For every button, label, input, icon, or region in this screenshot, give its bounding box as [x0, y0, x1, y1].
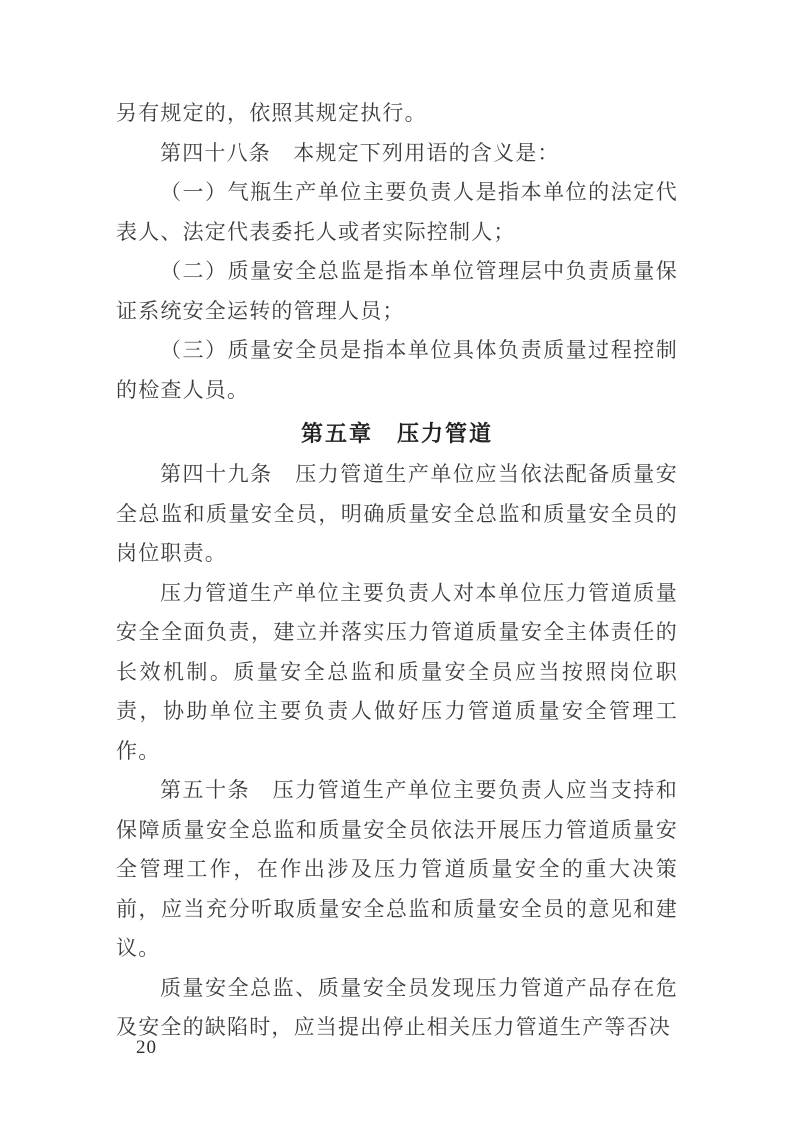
- page-number: 20: [136, 1037, 157, 1059]
- paragraph-continuation: 另有规定的，依照其规定执行。: [116, 94, 678, 134]
- paragraph-article-48: 第四十八条 本规定下列用语的含义是：: [116, 134, 678, 174]
- paragraph-article-50-2: 质量安全总监、质量安全员发现压力管道产品存在危及安全的缺陷时，应当提出停止相关压…: [116, 969, 678, 1048]
- paragraph-item-3: （三）质量安全员是指本单位具体负责质量过程控制的检查人员。: [116, 331, 678, 410]
- paragraph-article-49-2: 压力管道生产单位主要负责人对本单位压力管道质量安全全面负责，建立并落实压力管道质…: [116, 574, 678, 772]
- document-page: 另有规定的，依照其规定执行。 第四十八条 本规定下列用语的含义是： （一）气瓶生…: [0, 0, 793, 1122]
- paragraph-item-2: （二）质量安全总监是指本单位管理层中负责质量保证系统安全运转的管理人员；: [116, 252, 678, 331]
- paragraph-article-50: 第五十条 压力管道生产单位主要负责人应当支持和保障质量安全总监和质量安全员依法开…: [116, 771, 678, 969]
- paragraph-item-1: （一）气瓶生产单位主要负责人是指本单位的法定代表人、法定代表委托人或者实际控制人…: [116, 173, 678, 252]
- chapter-heading: 第五章 压力管道: [116, 417, 678, 451]
- document-body: 另有规定的，依照其规定执行。 第四十八条 本规定下列用语的含义是： （一）气瓶生…: [116, 94, 678, 1048]
- paragraph-article-49: 第四十九条 压力管道生产单位应当依法配备质量安全总监和质量安全员，明确质量安全总…: [116, 455, 678, 574]
